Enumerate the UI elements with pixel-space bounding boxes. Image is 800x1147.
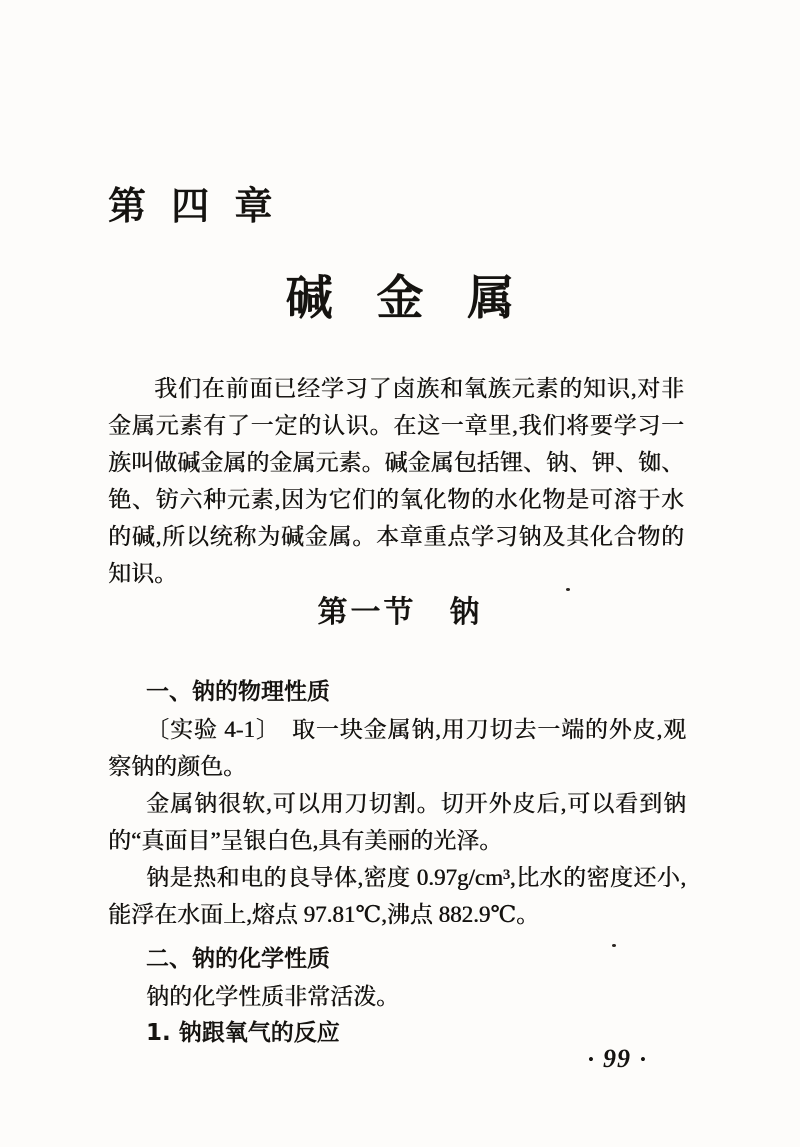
page-number: • 99 •: [588, 1044, 646, 1074]
scan-speck: [612, 944, 616, 947]
chapter-number-heading: 第 四 章: [108, 186, 278, 228]
textbook-page: 第 四 章 碱 金 属 我们在前面已经学习了卤族和氧族元素的知识,对非金属元素有…: [0, 0, 800, 1147]
intro-paragraph: 我们在前面已经学习了卤族和氧族元素的知识,对非金属元素有了一定的认识。在这一章里…: [108, 370, 684, 592]
subsection-heading-chemical-properties: 二、钠的化学性质: [108, 941, 686, 978]
section-body: 一、钠的物理性质 〔实验 4-1〕 取一块金属钠,用刀切去一端的外皮,观察钠的颜…: [108, 674, 686, 1052]
section-heading: 第一节 钠: [0, 595, 800, 631]
page-number-value: 99: [603, 1044, 631, 1074]
sodium-reactivity-paragraph: 钠的化学性质非常活泼。: [108, 978, 686, 1015]
chapter-title: 碱 金 属: [0, 272, 800, 326]
sodium-density-paragraph: 钠是热和电的良导体,密度 0.97g/cm³,比水的密度还小,能浮在水面上,熔点…: [108, 859, 686, 933]
page-number-bullet-right: •: [640, 1050, 646, 1070]
sodium-softness-paragraph: 金属钠很软,可以用刀切割。切开外皮后,可以看到钠的“真面目”呈银白色,具有美丽的…: [108, 785, 686, 859]
scan-speck: [566, 588, 570, 591]
experiment-4-1-paragraph: 〔实验 4-1〕 取一块金属钠,用刀切去一端的外皮,观察钠的颜色。: [108, 711, 686, 785]
subsection-heading-physical-properties: 一、钠的物理性质: [108, 674, 686, 711]
page-number-bullet-left: •: [588, 1050, 594, 1070]
